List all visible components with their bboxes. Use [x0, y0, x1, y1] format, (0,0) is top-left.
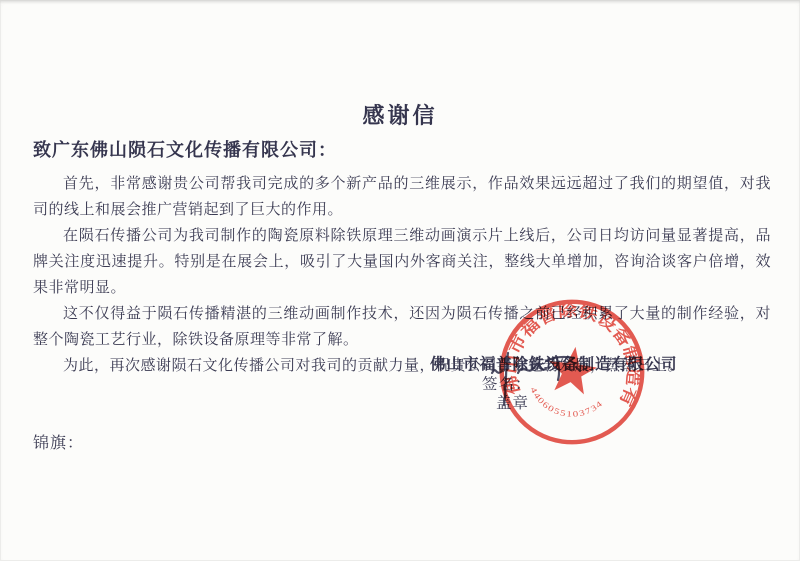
letter-salutation: 致广东佛山陨石文化传播有限公司：: [33, 136, 337, 162]
seal-serial-number: 4406055103734: [525, 385, 606, 424]
banner-label: 锦旗：: [33, 430, 84, 453]
paragraph: 这不仅得益于陨石传播精湛的三维动画制作技术，还因为陨石传播之前已经积累了大量的制…: [33, 301, 771, 353]
letter-body: 首先，非常感谢贵公司帮我司完成的多个新产品的三维展示，作品效果远远超过了我们的期…: [33, 171, 771, 379]
paragraph: 首先，非常感谢贵公司帮我司完成的多个新产品的三维展示，作品效果远远超过了我们的期…: [33, 171, 771, 223]
svg-text:4406055103734: 4406055103734: [525, 385, 606, 424]
paragraph: 在陨石传播公司为我司制作的陶瓷原料除铁原理三维动画演示片上线后，公司日均访问量显…: [33, 223, 771, 301]
company-seal-stamp: 佛山市福普除铁设备制造有限公司 4406055103734: [484, 284, 660, 460]
scanned-letter-page: 感谢信 致广东佛山陨石文化传播有限公司： 首先，非常感谢贵公司帮我司完成的多个新…: [0, 0, 800, 561]
scan-edge-shadow: [0, 0, 800, 4]
seal-star-icon: [545, 344, 599, 396]
letter-title: 感谢信: [0, 99, 800, 130]
